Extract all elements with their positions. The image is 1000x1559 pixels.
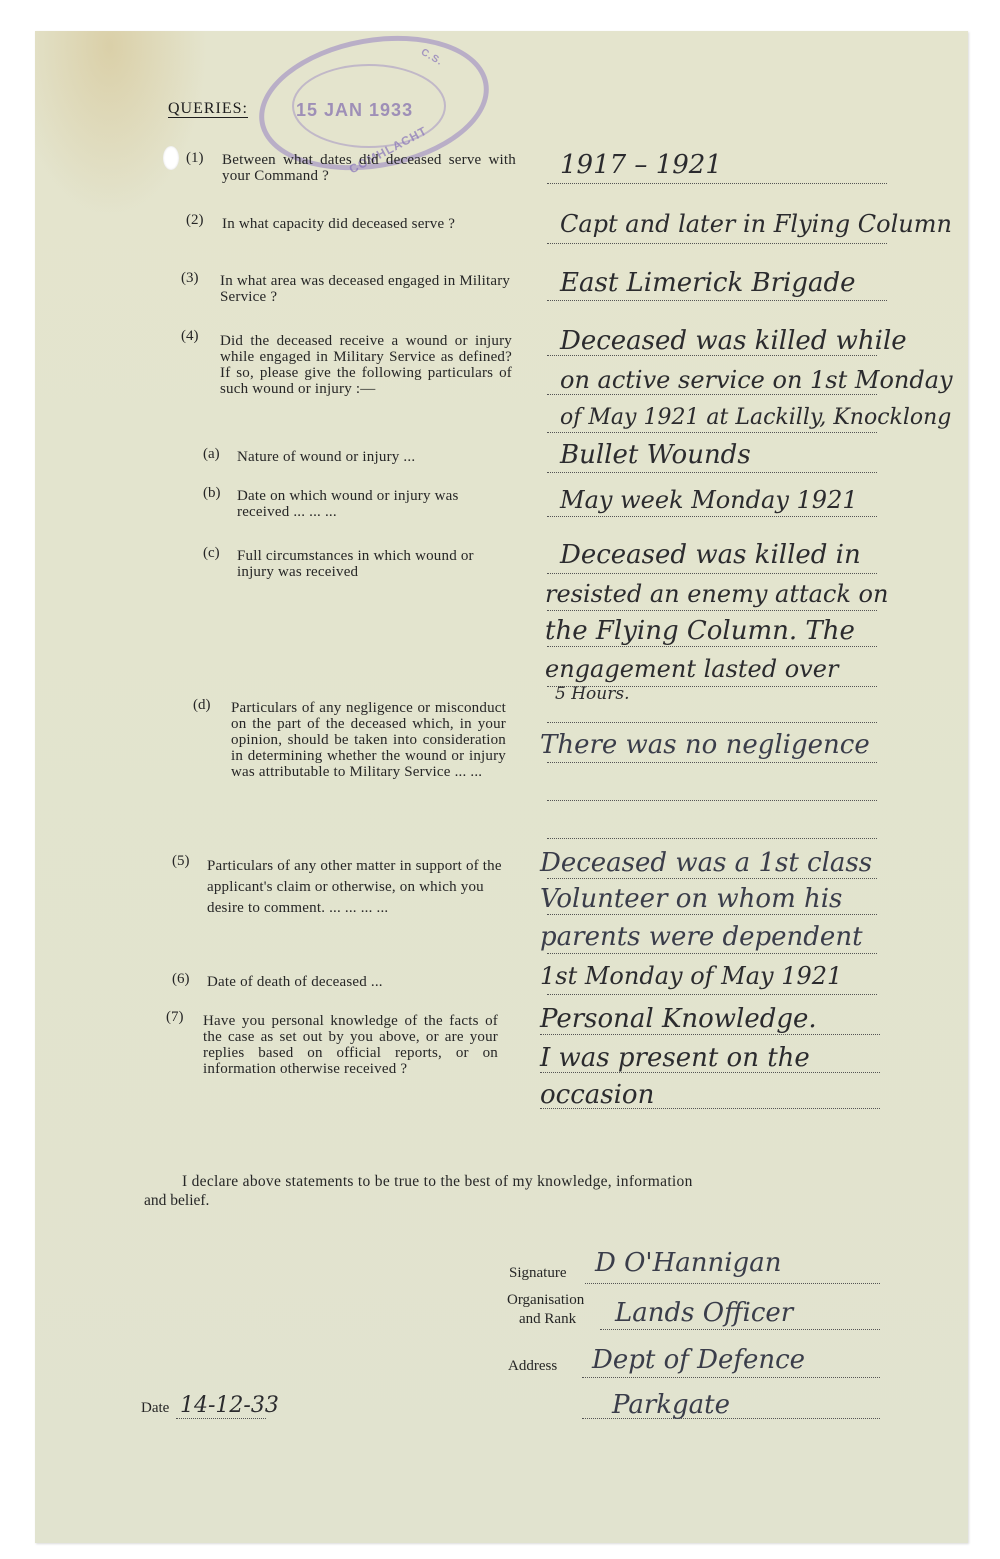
answer-4c-line-4-text: engagement lasted over <box>545 655 838 683</box>
query-3-number: (3) <box>181 270 199 287</box>
queries-heading: QUERIES: <box>168 100 248 118</box>
answer-4b-line <box>547 516 877 517</box>
query-7-text: Have you personal knowledge of the facts… <box>203 1013 498 1077</box>
document-page <box>35 31 968 1543</box>
answer-4c-line-1-text: Deceased was killed in <box>560 540 861 570</box>
query-4a-text: Nature of wound or injury ... <box>237 449 507 465</box>
answer-2-line <box>547 243 887 244</box>
query-7-number: (7) <box>166 1009 184 1026</box>
query-4b-number: (b) <box>203 485 221 502</box>
answer-6: 1st Monday of May 1921 <box>540 962 842 990</box>
date-value: 14-12-33 <box>180 1393 279 1418</box>
answer-4c-line-3 <box>547 646 877 647</box>
answer-5-line-2-text: Volunteer on whom his <box>540 884 842 914</box>
signature-line <box>585 1283 880 1284</box>
answer-4c-line-5-text: 5 Hours. <box>555 684 629 704</box>
answer-4a: Bullet Wounds <box>560 440 751 470</box>
address-label: Address <box>508 1358 557 1375</box>
query-5-number: (5) <box>172 853 190 870</box>
query-2-text: In what capacity did deceased serve ? <box>222 216 516 232</box>
query-4d-number: (d) <box>193 697 211 714</box>
query-4d-text: Particulars of any negligence or miscond… <box>231 700 506 780</box>
answer-7-line-3-text: occasion <box>540 1080 654 1110</box>
answer-5-line-3 <box>547 953 877 954</box>
query-5-text: Particulars of any other matter in suppo… <box>207 856 502 919</box>
query-1-number: (1) <box>186 150 204 167</box>
answer-6-line <box>547 994 877 995</box>
declaration-line-1: I declare above statements to be true to… <box>182 1173 693 1191</box>
declaration-line-2: and belief. <box>144 1192 209 1210</box>
date-label: Date <box>141 1400 169 1417</box>
answer-5-line-1 <box>547 878 877 879</box>
date-line <box>176 1418 266 1419</box>
answer-5-line-1-text: Deceased was a 1st class <box>540 848 872 878</box>
answer-4d-line-1 <box>547 722 877 723</box>
query-6-number: (6) <box>172 971 190 988</box>
answer-4-line-2 <box>547 394 877 395</box>
rank-label: and Rank <box>519 1311 576 1328</box>
signature-value: D O'Hannigan <box>595 1248 781 1278</box>
answer-4a-line <box>547 472 877 473</box>
answer-4-line-2-text: on active service on 1st Monday <box>560 366 953 394</box>
organisation-value: Lands Officer <box>615 1298 793 1328</box>
answer-4-line-3-text: of May 1921 at Lackilly, Knocklong <box>560 405 951 430</box>
answer-7-line-2-text: I was present on the <box>540 1043 810 1073</box>
address-line-1-text: Dept of Defence <box>592 1345 805 1375</box>
query-4-text: Did the deceased receive a wound or inju… <box>220 333 512 397</box>
answer-2: Capt and later in Flying Column <box>560 210 952 238</box>
answer-1: 1917 – 1921 <box>560 150 722 180</box>
answer-4-line-1-text: Deceased was killed while <box>560 326 907 356</box>
answer-7-line-1-text: Personal Knowledge. <box>540 1004 817 1034</box>
stamp-date: 15 JAN 1933 <box>296 100 413 121</box>
answer-3-line <box>547 300 887 301</box>
answer-4d-line-3 <box>547 800 877 801</box>
answer-4d-line-2 <box>547 762 877 763</box>
organisation-label: Organisation <box>507 1292 584 1309</box>
answer-4-line-3 <box>547 432 877 433</box>
query-4c-number: (c) <box>203 545 220 562</box>
organisation-line <box>600 1329 880 1330</box>
answer-4c-line-1 <box>547 573 877 574</box>
query-4b-text: Date on which wound or injury was receiv… <box>237 488 507 520</box>
answer-4c-line-2-text: resisted an enemy attack on <box>545 580 888 608</box>
query-1-text: Between what dates did deceased serve wi… <box>222 152 516 184</box>
query-4a-number: (a) <box>203 446 220 463</box>
answer-3: East Limerick Brigade <box>560 268 856 298</box>
query-2-number: (2) <box>186 212 204 229</box>
query-3-text: In what area was deceased engaged in Mil… <box>220 273 516 305</box>
answer-4d-line-4 <box>547 838 877 839</box>
answer-1-line <box>547 183 887 184</box>
answer-5-line-2 <box>547 914 877 915</box>
answer-7-line-1 <box>540 1034 880 1035</box>
answer-4b: May week Monday 1921 <box>560 486 858 514</box>
answer-5-line-3-text: parents were dependent <box>540 922 863 952</box>
signature-label: Signature <box>509 1265 567 1282</box>
address-line-1 <box>582 1377 880 1378</box>
query-4c-text: Full circumstances in which wound or inj… <box>237 548 507 580</box>
answer-4c-line-3-text: the Flying Column. The <box>545 616 855 646</box>
query-6-text: Date of death of deceased ... <box>207 974 502 990</box>
punch-hole <box>163 146 179 170</box>
answer-4c-line-2 <box>547 610 877 611</box>
answer-4d: There was no negligence <box>540 730 870 760</box>
query-4-number: (4) <box>181 328 199 345</box>
address-line-2-text: Parkgate <box>612 1390 730 1420</box>
